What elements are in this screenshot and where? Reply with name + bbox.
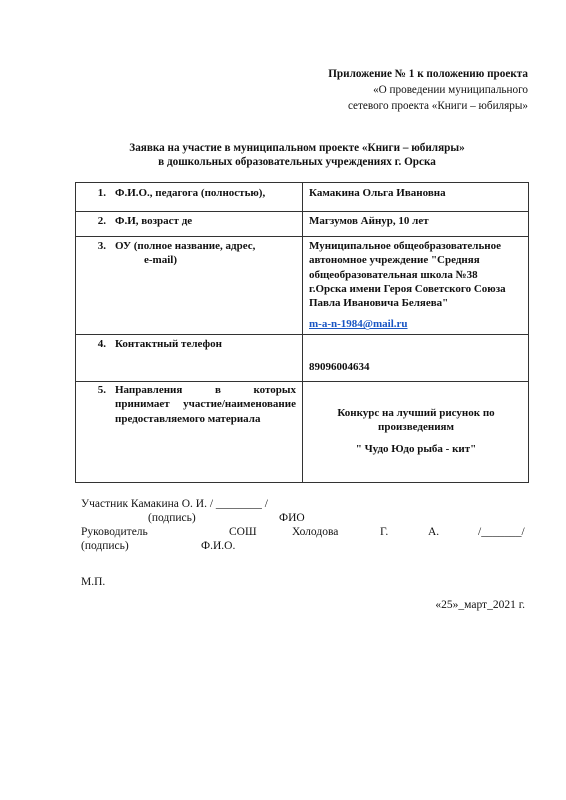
- email-link[interactable]: m-a-n-1984@mail.ru: [309, 318, 408, 330]
- label-text: ОУ (полное название, адрес,: [115, 240, 255, 252]
- label-text: Направления в которых: [115, 383, 296, 397]
- appendix-subtitle-1: «О проведении муниципального: [373, 82, 528, 98]
- label-text: e-mail): [82, 253, 296, 267]
- row-divider: [76, 211, 528, 212]
- application-table: 1.Ф.И.О., педагога (полностью), Камакина…: [75, 182, 529, 483]
- date: «25»_март_2021 г.: [435, 598, 525, 612]
- form-subtitle: в дошкольных образовательных учреждениях…: [14, 155, 566, 169]
- label-text: предоставляемого материала: [115, 412, 296, 426]
- row-4-label: 4.Контактный телефон: [82, 337, 296, 351]
- school-name-line: автономное учреждение "Средняя: [309, 253, 523, 267]
- column-divider: [302, 183, 303, 482]
- row-number: 3.: [82, 239, 106, 253]
- row-3-label: 3.ОУ (полное название, адрес, e-mail): [82, 239, 296, 268]
- participant-fio-label: ФИО: [279, 511, 305, 525]
- label-text: Контактный телефон: [115, 338, 222, 350]
- head-sign-label: (подпись): [81, 539, 129, 553]
- form-title: Заявка на участие в муниципальном проект…: [14, 141, 566, 155]
- label-text: принимает участие/наименование: [115, 397, 296, 411]
- row-5-label: 5. Направления в которых принимает участ…: [82, 383, 296, 426]
- appendix-subtitle-2: сетевого проекта «Книги – юбиляры»: [348, 98, 528, 114]
- row-5-value: Конкурс на лучший рисунок по произведени…: [309, 406, 523, 456]
- row-divider: [76, 381, 528, 382]
- row-number: 1.: [82, 186, 106, 200]
- appendix-title: Приложение № 1 к положению проекта: [328, 66, 528, 82]
- row-2-value: Магзумов Айнур, 10 лет: [309, 214, 523, 228]
- school-name-line: Муниципальное общеобразовательное: [309, 239, 523, 253]
- head-sign-blank: /_______/: [478, 525, 525, 539]
- row-number: 2.: [82, 214, 106, 228]
- contest-name-line: произведениям: [309, 420, 523, 434]
- head-initial-2: А.: [428, 525, 439, 539]
- head-role: Руководитель: [81, 525, 148, 539]
- label-text: Ф.И.О., педагога (полностью),: [115, 187, 265, 199]
- school-name-line: общеобразовательная школа №38: [309, 268, 523, 282]
- row-4-value: 89096004634: [309, 360, 523, 374]
- row-divider: [76, 334, 528, 335]
- row-2-label: 2.Ф.И, возраст де: [82, 214, 296, 228]
- head-org: СОШ: [229, 525, 257, 539]
- work-title: " Чудо Юдо рыба - кит": [309, 442, 523, 456]
- stamp-label: М.П.: [81, 575, 105, 589]
- participant-line: Участник Камакина О. И. / ________ /: [81, 497, 268, 511]
- row-3-value: Муниципальное общеобразовательное автоно…: [309, 239, 523, 332]
- row-1-label: 1.Ф.И.О., педагога (полностью),: [82, 186, 296, 200]
- row-number: 4.: [82, 337, 106, 351]
- row-1-value: Камакина Ольга Ивановна: [309, 186, 523, 200]
- head-surname: Холодова: [292, 525, 338, 539]
- contest-name-line: Конкурс на лучший рисунок по: [309, 406, 523, 420]
- school-name-line: г.Орска имени Героя Советского Союза: [309, 282, 523, 296]
- school-name-line: Павла Ивановича Беляева": [309, 296, 523, 310]
- participant-sign-label: (подпись): [148, 511, 196, 525]
- head-fio-label: Ф.И.О.: [201, 539, 235, 553]
- head-initial-1: Г.: [380, 525, 388, 539]
- row-number: 5.: [82, 383, 106, 426]
- row-divider: [76, 236, 528, 237]
- label-text: Ф.И, возраст де: [115, 215, 192, 227]
